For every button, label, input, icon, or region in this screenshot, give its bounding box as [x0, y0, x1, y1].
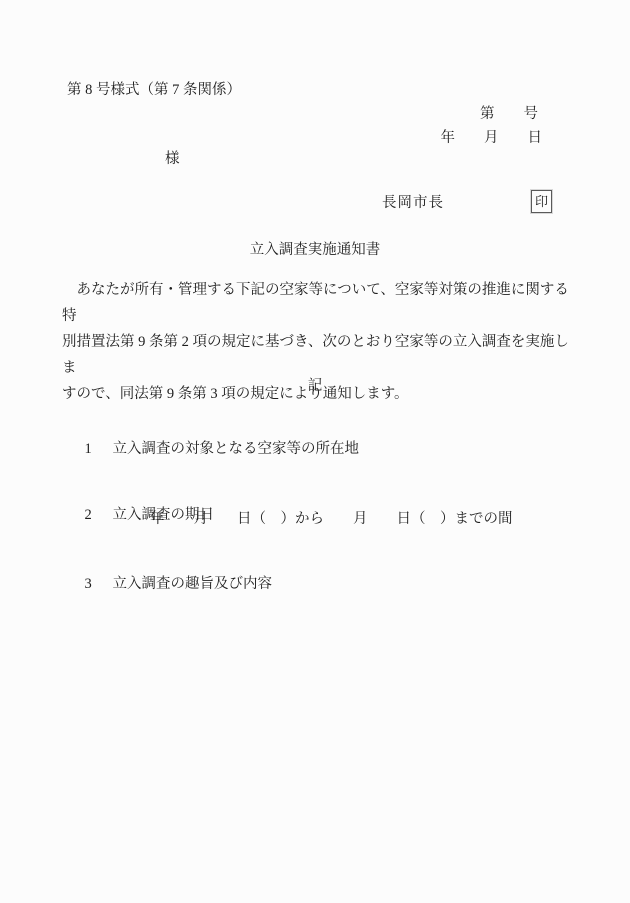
- document-title: 立入調査実施通知書: [0, 238, 630, 259]
- section-3: 3立入調査の趣旨及び内容: [70, 554, 272, 614]
- document-page: 第 8 号様式（第 7 条関係） 第 号 年 月 日 様 長岡市長 印 立入調査…: [0, 0, 630, 903]
- section-2-date-detail: 年 月 日（ ）から 月 日（ ）までの間: [150, 509, 513, 529]
- section-1-label: 立入調査の対象となる空家等の所在地: [113, 441, 360, 457]
- document-number-line: 第 号: [480, 104, 538, 124]
- body-line-1: あなたが所有・管理する下記の空家等について、空家等対策の推進に関する特: [62, 277, 572, 329]
- date-line: 年 月 日: [441, 128, 543, 148]
- seal-box: 印: [531, 190, 552, 213]
- section-3-number: 3: [85, 574, 113, 594]
- section-2-number: 2: [85, 505, 113, 525]
- addressee-suffix: 様: [165, 149, 180, 169]
- section-1-number: 1: [85, 439, 113, 459]
- sender-name: 長岡市長: [382, 193, 444, 213]
- ki-marker: 記: [0, 374, 630, 395]
- form-number: 第 8 号様式（第 7 条関係）: [67, 80, 241, 100]
- section-1: 1立入調査の対象となる空家等の所在地: [70, 419, 359, 479]
- section-3-label: 立入調査の趣旨及び内容: [113, 576, 273, 592]
